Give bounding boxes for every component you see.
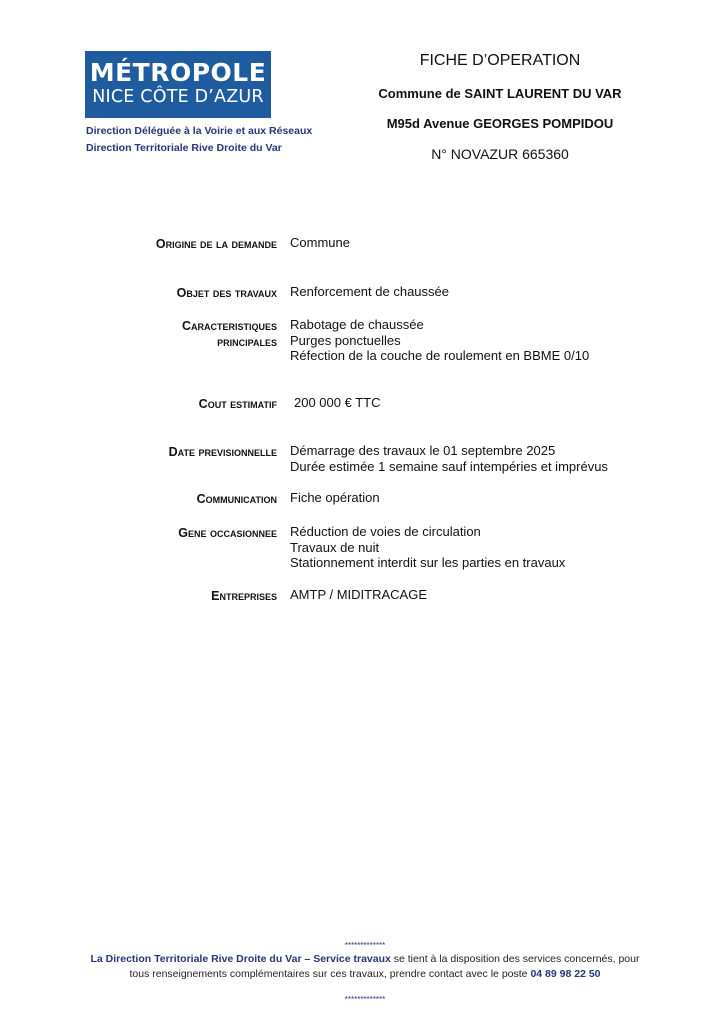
department-line2: Direction Territoriale Rive Droite du Va… [86, 140, 312, 157]
value-line: Fiche opération [290, 490, 380, 506]
novazur-number: N° NOVAZUR 665360 [340, 144, 660, 164]
footer-text1: se tient à la disposition des services c… [391, 953, 640, 965]
value-line: 200 000 € TTC [294, 395, 380, 411]
field-value: Renforcement de chaussée [290, 284, 449, 300]
field-value: Démarrage des travaux le 01 septembre 20… [290, 443, 608, 474]
field-label: Communication [197, 491, 277, 507]
value-line: Renforcement de chaussée [290, 284, 449, 300]
value-line: Rabotage de chaussée [290, 317, 589, 333]
field-label: Objet des travaux [177, 285, 277, 301]
field-value: Fiche opération [290, 490, 380, 506]
field-label: Entreprises [211, 588, 277, 604]
footer-spacer [60, 982, 670, 994]
field-label: Cout estimatif [199, 396, 277, 412]
value-line: Travaux de nuit [290, 540, 565, 556]
field-label: Gene occasionnee [178, 525, 277, 541]
document-header: FICHE D’OPERATION Commune de SAINT LAURE… [340, 50, 660, 164]
value-line: Purges ponctuelles [290, 333, 589, 349]
field-label: Date previsionnelle [169, 444, 277, 460]
metropole-logo: MÉTROPOLE NICE CÔTE D’AZUR [85, 51, 271, 118]
document-title: FICHE D’OPERATION [340, 50, 660, 72]
footer-phone: 04 89 98 22 50 [530, 968, 600, 980]
logo-line2: NICE CÔTE D’AZUR [85, 86, 271, 108]
field-value: 200 000 € TTC [294, 395, 380, 411]
footer-line1: La Direction Territoriale Rive Droite du… [60, 952, 670, 967]
value-line: AMTP / MIDITRACAGE [290, 587, 427, 603]
field-label: Origine de la demande [156, 236, 277, 252]
footer-line2: tous renseignements complémentaires sur … [60, 967, 670, 982]
logo-line1: MÉTROPOLE [85, 60, 271, 86]
value-line: Stationnement interdit sur les parties e… [290, 555, 565, 571]
value-line: Durée estimée 1 semaine sauf intempéries… [290, 459, 608, 475]
footer-service-name: La Direction Territoriale Rive Droite du… [91, 953, 391, 965]
department-line1: Direction Déléguée à la Voirie et aux Ré… [86, 123, 312, 140]
label-line: principales [182, 334, 277, 350]
value-line: Démarrage des travaux le 01 septembre 20… [290, 443, 608, 459]
department-block: Direction Déléguée à la Voirie et aux Ré… [86, 123, 312, 157]
footer-text2: tous renseignements complémentaires sur … [129, 968, 530, 980]
footer-stars-top: ************* [60, 940, 670, 952]
street-name: M95d Avenue GEORGES POMPIDOU [340, 114, 660, 134]
value-line: Commune [290, 235, 350, 251]
value-line: Réfection de la couche de roulement en B… [290, 348, 589, 364]
field-label: Caracteristiques principales [182, 318, 277, 350]
footer: ************* La Direction Territoriale … [60, 940, 670, 1006]
label-line: Caracteristiques [182, 318, 277, 334]
field-value: Rabotage de chaussée Purges ponctuelles … [290, 317, 589, 364]
field-value: Réduction de voies de circulation Travau… [290, 524, 565, 571]
field-value: AMTP / MIDITRACAGE [290, 587, 427, 603]
field-value: Commune [290, 235, 350, 251]
commune-name: Commune de SAINT LAURENT DU VAR [340, 84, 660, 104]
footer-stars-bottom: ************* [60, 994, 670, 1006]
value-line: Réduction de voies de circulation [290, 524, 565, 540]
